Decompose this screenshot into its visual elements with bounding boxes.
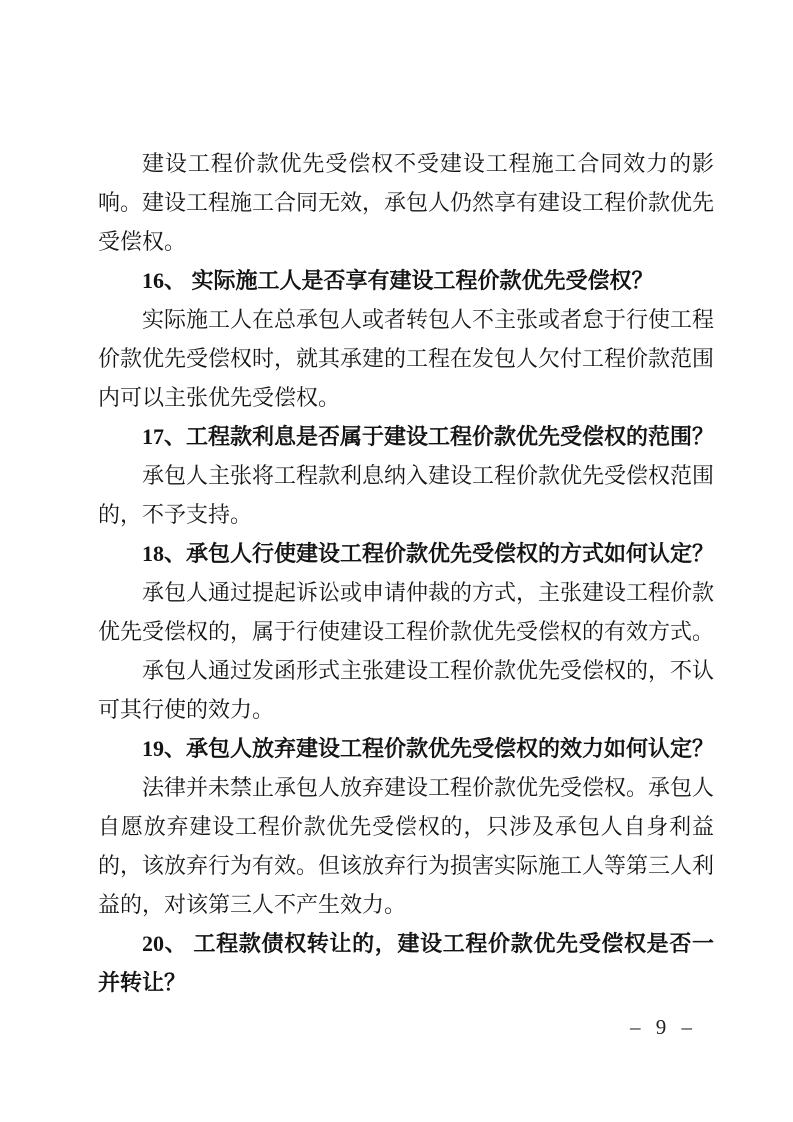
body-paragraph: 法律并未禁止承包人放弃建设工程价款优先受偿权。承包人自愿放弃建设工程价款优先受偿…: [98, 768, 714, 924]
body-paragraph: 实际施工人在总承包人或者转包人不主张或者怠于行使工程价款优先受偿权时，就其承建的…: [98, 300, 714, 417]
question-heading-18: 18、承包人行使建设工程价款优先受偿权的方式如何认定？: [98, 534, 714, 573]
body-paragraph: 承包人通过提起诉讼或申请仲裁的方式，主张建设工程价款优先受偿权的，属于行使建设工…: [98, 573, 714, 651]
question-heading-16: 16、 实际施工人是否享有建设工程价款优先受偿权？: [98, 261, 714, 300]
body-paragraph: 承包人主张将工程款利息纳入建设工程价款优先受偿权范围的，不予支持。: [98, 456, 714, 534]
question-heading-20: 20、 工程款债权转让的，建设工程价款优先受偿权是否一并转让？: [98, 924, 714, 1002]
question-heading-19: 19、承包人放弃建设工程价款优先受偿权的效力如何认定？: [98, 729, 714, 768]
document-page: 建设工程价款优先受偿权不受建设工程施工合同效力的影响。建设工程施工合同无效，承包…: [0, 0, 793, 1122]
body-paragraph: 承包人通过发函形式主张建设工程价款优先受偿权的，不认可其行使的效力。: [98, 651, 714, 729]
page-number: – 9 –: [630, 1015, 697, 1040]
document-body: 建设工程价款优先受偿权不受建设工程施工合同效力的影响。建设工程施工合同无效，承包…: [98, 144, 714, 1002]
question-heading-17: 17、工程款利息是否属于建设工程价款优先受偿权的范围？: [98, 417, 714, 456]
body-paragraph: 建设工程价款优先受偿权不受建设工程施工合同效力的影响。建设工程施工合同无效，承包…: [98, 144, 714, 261]
